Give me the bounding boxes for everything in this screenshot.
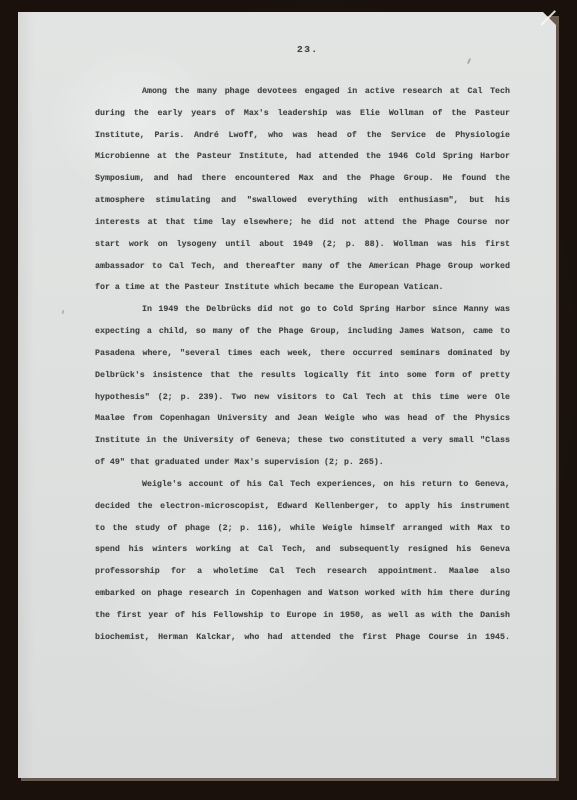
text-line: spend his winters working at Cal Tech, a… <box>95 539 510 561</box>
text-line: biochemist, Herman Kalckar, who had atte… <box>95 627 510 649</box>
text-line: decided the electron-microscopist, Edwar… <box>95 496 510 518</box>
text-line: Pasadena where, "several times each week… <box>95 343 510 365</box>
text-line: Maaløe from Copenhagan University and Je… <box>95 408 510 430</box>
document-page: 23. Among the many phage devotees engage… <box>18 12 556 778</box>
text-line: professorship for a wholetime Cal Tech r… <box>95 561 510 583</box>
paragraph-1: Among the many phage devotees engaged in… <box>95 81 510 299</box>
text-line: during the early years of Max's leadersh… <box>95 103 510 125</box>
page-body: Among the many phage devotees engaged in… <box>95 81 510 649</box>
text-line: to the study of phage (2; p. 116), while… <box>95 518 510 540</box>
text-line: start work on lysogeny until about 1949 … <box>95 234 510 256</box>
text-line: Microbienne at the Pasteur Institute, ha… <box>95 146 510 168</box>
paragraph-2: In 1949 the Delbrücks did not go to Cold… <box>95 299 510 474</box>
text-line: embarked on phage research in Copenhagen… <box>95 583 510 605</box>
text-line: Symposium, and had there encountered Max… <box>95 168 510 190</box>
paragraph-3: Weigle's account of his Cal Tech experie… <box>95 474 510 649</box>
text-line: atmosphere stimulating and "swallowed ev… <box>95 190 510 212</box>
text-line: of 49" that graduated under Max's superv… <box>95 452 510 474</box>
scan-background: 23. Among the many phage devotees engage… <box>0 0 577 800</box>
text-line: Weigle's account of his Cal Tech experie… <box>95 474 510 496</box>
text-line: In 1949 the Delbrücks did not go to Cold… <box>95 299 510 321</box>
text-line: for a time at the Pasteur Institute whic… <box>95 277 510 299</box>
ink-speck <box>62 310 65 314</box>
ink-speck <box>467 58 471 64</box>
text-line: Among the many phage devotees engaged in… <box>95 81 510 103</box>
text-line: Institute, Paris. André Lwoff, who was h… <box>95 125 510 147</box>
text-line: interests at that time lay elsewhere; he… <box>95 212 510 234</box>
text-line: expecting a child, so many of the Phage … <box>95 321 510 343</box>
text-line: the first year of his Fellowship to Euro… <box>95 605 510 627</box>
text-line: Institute in the University of Geneva; t… <box>95 430 510 452</box>
text-line: ambassador to Cal Tech, and thereafter m… <box>95 256 510 278</box>
text-line: Delbrück's insistence that the results l… <box>95 365 510 387</box>
page-number: 23. <box>297 44 319 55</box>
text-line: hypothesis" (2; p. 239). Two new visitor… <box>95 387 510 409</box>
